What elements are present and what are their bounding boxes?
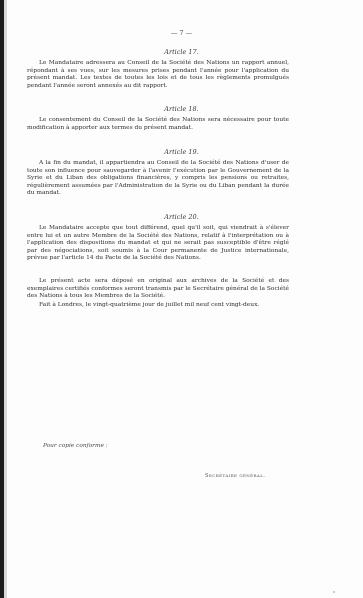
signature-date-line: Fait à Londres, le vingt-quatrième jour … <box>27 302 289 310</box>
article-17-heading: Article 17. <box>0 48 363 56</box>
article-19-heading: Article 19. <box>0 148 363 156</box>
article-20-heading: Article 20. <box>0 213 363 221</box>
secretary-general-title: Secrétaire général. <box>205 473 265 479</box>
document-page: — 7 — Article 17. Le Mandataire adresser… <box>0 0 363 598</box>
certified-copy-label: Pour copie conforme : <box>43 443 108 449</box>
scan-edge-shadow <box>4 0 7 598</box>
article-19-text: A la fin du mandat, il appartiendra au C… <box>27 160 289 198</box>
article-17-text: Le Mandataire adressera au Conseil de la… <box>27 60 289 90</box>
article-20-text: Le Mandataire accepte que tout différend… <box>27 225 289 263</box>
article-18-heading: Article 18. <box>0 105 363 113</box>
deposit-paragraph: Le présent acte sera déposé en original … <box>27 278 289 301</box>
page-number: — 7 — <box>0 29 363 37</box>
scan-speck <box>333 591 335 593</box>
article-18-text: Le consentement du Conseil de la Société… <box>27 117 289 132</box>
